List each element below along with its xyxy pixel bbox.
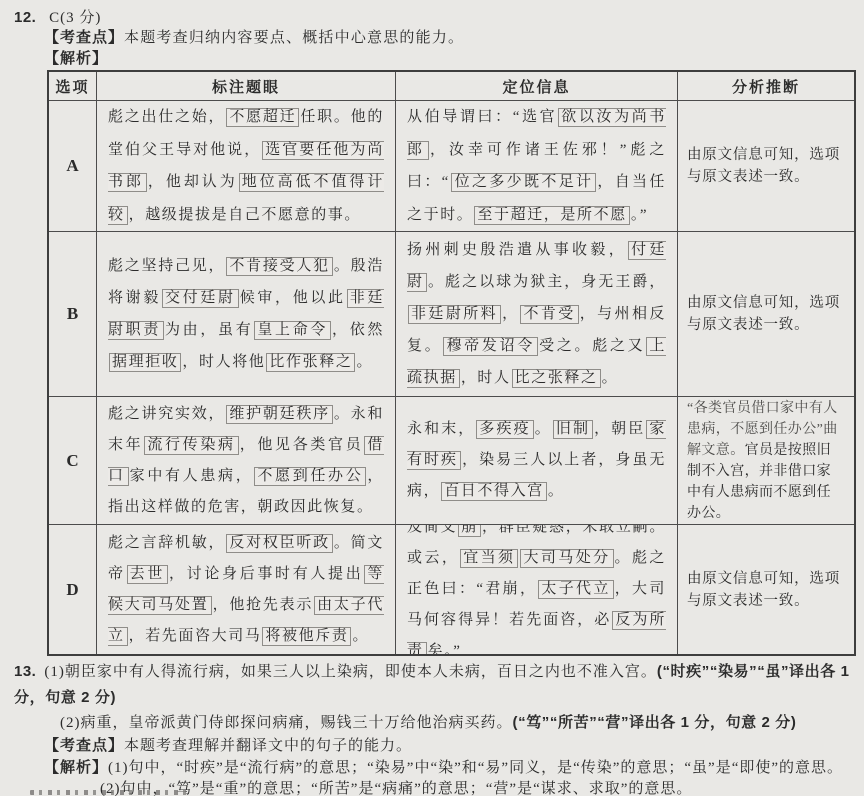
- text-run: 家中有人患病，: [130, 468, 254, 484]
- text-run: (“笃”“所苦”“营”译出各 1 分，句意 2 分): [513, 714, 797, 731]
- text-run: 。: [535, 421, 552, 437]
- highlighted-phrase: 旧制: [553, 420, 593, 439]
- text-run: 。: [602, 370, 619, 386]
- highlighted-phrase: 据理拒收: [109, 353, 181, 372]
- text-run: 彪之讲究实效，: [108, 406, 225, 422]
- q13-item2-text: (2)病重，皇帝派黄门侍郎探问病痛，赐钱三十万给他治病买药。(“笃”“所苦”“营…: [60, 715, 796, 731]
- exam-point-label: 【考查点】: [44, 29, 124, 46]
- q13-exam-point-text: 本题考查理解并翻译文中的句子的能力。: [124, 738, 412, 754]
- highlighted-phrase: 反对权臣听政: [226, 534, 333, 553]
- highlighted-phrase: 多疾疫: [476, 420, 533, 439]
- analysis-table: 选项 标注题眼 定位信息 分析推断 A 彪之出仕之始，不愿超迁任职。他的堂伯父王…: [47, 70, 856, 656]
- text-run: ，时人: [461, 370, 511, 386]
- text-run: 由原文信息可知，选项与原文表述一致。: [687, 147, 840, 185]
- text-run: 扬州刺史殷浩遣从事收毅，: [407, 242, 627, 258]
- q13-item1-text: (1)朝臣家中有人得流行病，如果三人以上染病，即使本人未病，百日之内也不准入宫。…: [14, 664, 850, 706]
- q13-item1-line: 13. (1)朝臣家中有人得流行病，如果三人以上染病，即使本人未病，百日之内也不…: [14, 659, 856, 711]
- highlighted-phrase: 不愿超迁: [226, 108, 299, 127]
- text-run: 彪之出仕之始，: [108, 109, 225, 125]
- text-run: 为由，虽有: [165, 322, 253, 338]
- text-run: 永和末，: [407, 421, 475, 437]
- highlighted-phrase: 将被他斥责: [262, 627, 351, 646]
- row-b-marked-key-cell: 彪之坚持己见，不肯接受人犯。殷浩将谢毅交付廷尉候审，他以此非廷尉职责为由，虽有皇…: [97, 232, 396, 397]
- text-run: ，若先面咨大司马: [129, 628, 262, 644]
- analysis-label: 【解析】: [44, 50, 108, 67]
- table-header-marked-key: 标注题眼: [97, 72, 396, 101]
- q12-answer-line: 12. C(3 分): [14, 6, 101, 27]
- highlighted-phrase: 不愿到任办公: [254, 467, 366, 486]
- q13-analysis-text1: (1)句中，“时疾”是“流行病”的意思；“染易”中“染”和“易”同义，是“传染”…: [108, 760, 843, 776]
- q12-exam-point-line: 【考查点】本题考查归纳内容要点、概括中心意思的能力。: [44, 26, 464, 47]
- text-run: ，: [502, 306, 519, 322]
- option-letter-c: C: [49, 397, 97, 525]
- text-run: 从伯导谓曰：“选官: [407, 109, 557, 125]
- text-run: ，越级提拔是自己不愿意的事。: [129, 207, 361, 223]
- table-header-locating-info: 定位信息: [396, 72, 678, 101]
- highlighted-phrase: 去世: [127, 565, 168, 584]
- highlighted-phrase: 流行传染病: [144, 436, 238, 455]
- highlighted-phrase: 宜当须: [460, 549, 518, 568]
- q12-number: 12.: [14, 9, 36, 26]
- highlighted-phrase: 百日不得入宫: [441, 482, 547, 501]
- highlighted-phrase: 位之多少既不足计: [451, 173, 596, 192]
- row-b-locating-info-cell: 扬州刺史殷浩遣从事收毅，付廷尉。彪之以球为狱主，身无王爵，非廷尉所料，不肯受，与…: [396, 232, 678, 397]
- highlighted-phrase: 至于超迁，是所不愿: [474, 206, 629, 225]
- clipped-text-remnant: [30, 790, 190, 795]
- exam-point-text: 本题考查归纳内容要点、概括中心意思的能力。: [124, 30, 464, 46]
- text-run: 。: [352, 628, 369, 644]
- row-d-marked-key-cell: 彪之言辞机敏，反对权臣听政。简文帝去世，讨论身后事时有人提出等候大司马处置，他抢…: [97, 525, 396, 654]
- highlighted-phrase: 皇上命令: [254, 321, 331, 340]
- q13-number: 13.: [14, 659, 36, 684]
- q13-analysis-label: 【解析】: [44, 759, 108, 776]
- text-run: ，他抢先表示: [213, 597, 314, 613]
- text-run: ，讨论身后事时有人提出: [169, 566, 363, 582]
- text-run: 。彪之以球为狱主，身无王爵，: [428, 274, 666, 290]
- text-run: ，朝臣: [594, 421, 645, 437]
- highlighted-phrase: 不肯接受人犯: [226, 257, 333, 276]
- text-run: ，时人将他: [182, 354, 265, 370]
- table-header-option: 选项: [49, 72, 97, 101]
- q12-answer: C(3 分): [49, 10, 101, 26]
- row-c-locating-info-cell: 永和末，多疾疫。旧制，朝臣家有时疾，染易三人以上者，身虽无病，百日不得入宫。: [396, 397, 678, 525]
- answer-key-page: 12. C(3 分) 【考查点】本题考查归纳内容要点、概括中心意思的能力。 【解…: [0, 0, 864, 796]
- highlighted-phrase: 穆帝发诏令: [443, 337, 538, 356]
- option-letter-d: D: [49, 525, 97, 654]
- text-run: ，他见各类官员: [240, 437, 364, 453]
- row-d-analysis-cell: 由原文信息可知，选项与原文表述一致。: [678, 525, 854, 654]
- row-b-analysis-cell: 由原文信息可知，选项与原文表述一致。: [678, 232, 854, 397]
- highlighted-phrase: 太子代立: [538, 580, 613, 599]
- text-run: 。: [548, 483, 565, 499]
- text-run: 彪之坚持己见，: [108, 258, 225, 274]
- highlighted-phrase: 维护朝廷秩序: [226, 405, 333, 424]
- row-c-analysis-cell: “各类官员借口家中有人患病，不愿到任办公”曲解文意。官员是按照旧制不入宫，并非借…: [678, 397, 854, 525]
- highlighted-phrase: 非廷尉所料: [408, 305, 501, 324]
- text-run: ，他却认为: [148, 174, 238, 190]
- row-d-locating-info-cell: 及简文崩，群臣疑惑，未敢立嗣。或云，宜当须大司马处分。彪之正色曰：“君崩，太子代…: [396, 525, 678, 654]
- q12-analysis-label-line: 【解析】: [44, 47, 108, 68]
- text-run: 彪之言辞机敏，: [108, 535, 225, 551]
- text-run: (2)病重，皇帝派黄门侍郎探问病痛，赐钱三十万给他治病买药。: [60, 715, 513, 731]
- q13-analysis-line2: (2)句中，“笃”是“重”的意思；“所苦”是“病痛”的意思；“营”是“谋求、求取…: [100, 777, 850, 796]
- highlighted-phrase: 不肯受: [520, 305, 578, 324]
- option-letter-b: B: [49, 232, 97, 397]
- table-header-analysis: 分析推断: [678, 72, 854, 101]
- text-run: 候审，他以此: [240, 290, 346, 306]
- q13-exam-point-label: 【考查点】: [44, 737, 124, 754]
- text-run: 矣。”: [428, 643, 462, 654]
- highlighted-phrase: 交付廷尉: [162, 289, 239, 308]
- text-run: (1)朝臣家中有人得流行病，如果三人以上染病，即使本人未病，百日之内也不准入宫。: [44, 664, 657, 680]
- highlighted-phrase: 大司马处分: [520, 549, 613, 568]
- text-run: 受之。彪之又: [539, 338, 645, 354]
- row-a-locating-info-cell: 从伯导谓曰：“选官欲以汝为尚书郎，汝幸可作诸王佐邪！”彪之曰：“位之多少既不足计…: [396, 101, 678, 232]
- text-run: 由原文信息可知，选项与原文表述一致。: [687, 295, 840, 333]
- row-a-marked-key-cell: 彪之出仕之始，不愿超迁任职。他的堂伯父王导对他说，选官要任他为尚书郎，他却认为地…: [97, 101, 396, 232]
- highlighted-phrase: 比之张释之: [512, 369, 601, 388]
- option-letter-a: A: [49, 101, 97, 232]
- highlighted-phrase: 崩: [458, 525, 481, 537]
- text-run: 及简文: [407, 525, 457, 535]
- text-run: 。: [356, 354, 373, 370]
- highlighted-phrase: 比作张释之: [266, 353, 355, 372]
- row-a-analysis-cell: 由原文信息可知，选项与原文表述一致。: [678, 101, 854, 232]
- text-run: 由原文信息可知，选项与原文表述一致。: [687, 571, 840, 609]
- row-c-marked-key-cell: 彪之讲究实效，维护朝廷秩序。永和末年流行传染病，他见各类官员借口家中有人患病，不…: [97, 397, 396, 525]
- text-run: 。”: [631, 207, 648, 223]
- text-run: ，依然: [332, 322, 384, 338]
